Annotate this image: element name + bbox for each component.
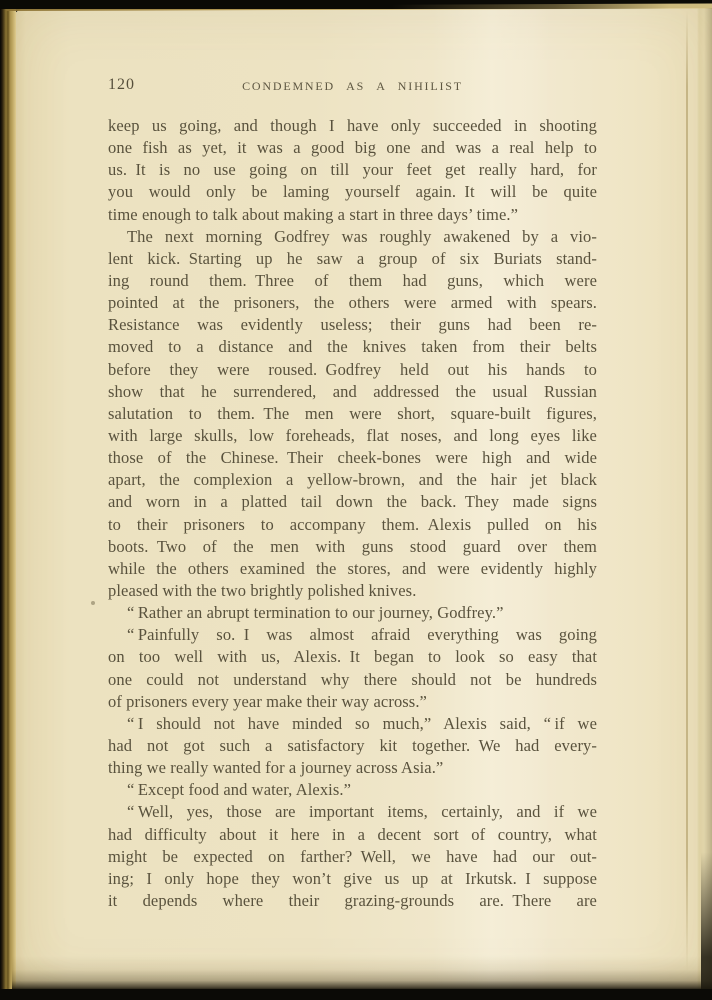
text-line: salutation to them. The men were short, … [108, 403, 597, 425]
text-line: “ Except food and water, Alexis.” [108, 779, 597, 801]
text-line: boots. Two of the men with guns stood gu… [108, 536, 597, 558]
text-line: and worn in a platted tail down the back… [108, 491, 597, 513]
text-line: one fish as yet, it was a good big one a… [108, 137, 597, 159]
page-right-edge [686, 10, 688, 972]
text-block: 120 CONDEMNED AS A NIHILIST keep us goin… [108, 76, 597, 912]
text-line: Resistance was evidently useless; their … [108, 314, 597, 336]
text-line: “ I should not have minded so much,” Ale… [108, 713, 597, 735]
scan-background-bottom [0, 989, 712, 1000]
text-lines: keep us going, and though I have only su… [108, 115, 597, 912]
text-line: those of the Chinese. Their cheek-bones … [108, 447, 597, 469]
text-line: with large skulls, low foreheads, flat n… [108, 425, 597, 447]
text-line: “ Painfully so. I was almost afraid ever… [108, 624, 597, 646]
text-line: had difficulty about it here in a decent… [108, 824, 597, 846]
text-line: to their prisoners to accompany them. Al… [108, 514, 597, 536]
text-line: it depends where their grazing-grounds a… [108, 890, 597, 912]
text-line: us. It is no use going on till your feet… [108, 159, 597, 181]
text-line: lent kick. Starting up he saw a group of… [108, 248, 597, 270]
text-line: moved to a distance and the knives taken… [108, 336, 597, 358]
text-line: one could not understand why there shoul… [108, 669, 597, 691]
scan-background-top-line [0, 0, 712, 3]
text-line: thing we really wanted for a journey acr… [108, 757, 597, 779]
text-line: time enough to talk about making a start… [108, 204, 597, 226]
text-line: might be expected on farther? Well, we h… [108, 846, 597, 868]
text-line: keep us going, and though I have only su… [108, 115, 597, 137]
text-line: while the others examined the stores, an… [108, 558, 597, 580]
page-number: 120 [108, 76, 135, 94]
text-line: ing; I only hope they won’t give us up a… [108, 868, 597, 890]
text-line: before they were roused. Godfrey held ou… [108, 359, 597, 381]
text-line: “ Well, yes, those are important items, … [108, 801, 597, 823]
book-cover-edge [701, 852, 712, 992]
text-line: “ Rather an abrupt termination to our jo… [108, 602, 597, 624]
page-bottom-shadow [12, 956, 712, 990]
text-line: The next morning Godfrey was roughly awa… [108, 226, 597, 248]
text-line: of prisoners every year make their way a… [108, 691, 597, 713]
text-line: pleased with the two brightly polished k… [108, 580, 597, 602]
text-line: apart, the complexion a yellow-brown, an… [108, 469, 597, 491]
page-header: 120 CONDEMNED AS A NIHILIST [108, 76, 597, 96]
page-right-shadow [704, 8, 712, 990]
text-line: on too well with us, Alexis. It began to… [108, 646, 597, 668]
page-edges-left [0, 3, 16, 997]
text-line: had not got such a satisfactory kit toge… [108, 735, 597, 757]
text-line: show that he surrendered, and addressed … [108, 381, 597, 403]
text-line: ing round them. Three of them had guns, … [108, 270, 597, 292]
text-line: pointed at the prisoners, the others wer… [108, 292, 597, 314]
paper-speck [91, 601, 95, 605]
text-line: you would only be laming yourself again.… [108, 181, 597, 203]
running-title: CONDEMNED AS A NIHILIST [108, 76, 597, 94]
scanned-book-page: 120 CONDEMNED AS A NIHILIST keep us goin… [0, 0, 712, 1000]
